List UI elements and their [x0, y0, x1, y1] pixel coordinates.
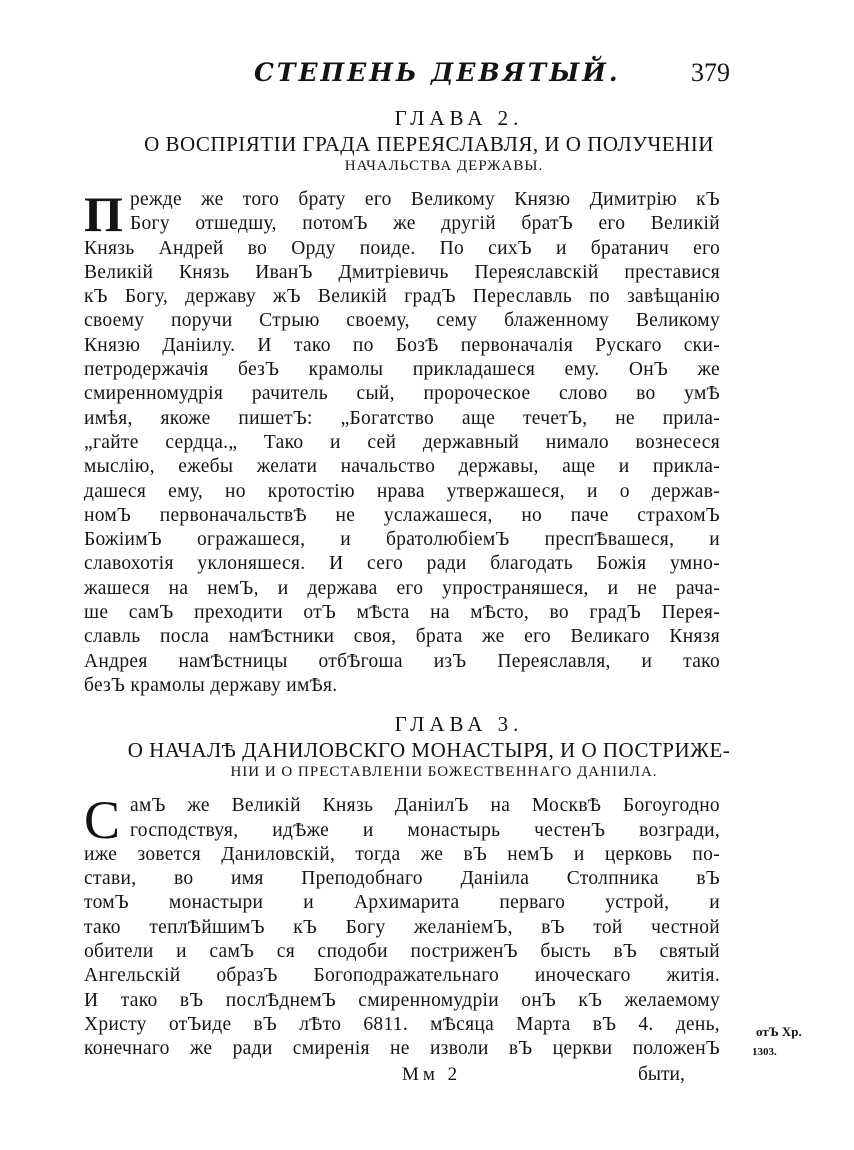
- text-line: обители и самЪ ся сподоби постриженЪ быс…: [84, 940, 720, 964]
- text-line: славохотія уклоняшеся. И сего ради благо…: [84, 552, 720, 576]
- text-line: смиренномудрія рачитель сый, пророческое…: [84, 382, 720, 406]
- text-line: ше самЪ преходити отЪ мѢста на мѢсто, во…: [84, 601, 720, 625]
- text-line: Богу отшедшу, потомЪ же другій братЪ его…: [84, 212, 720, 236]
- text-line: жашеся на немЪ, и держава его упространя…: [84, 577, 720, 601]
- text-line: своему поручи Стрыю своему, сему блаженн…: [84, 309, 720, 333]
- text-line: славль посла намѢстники своя, брата же е…: [84, 625, 720, 649]
- text-line: безЪ крамолы державу имѢя.: [84, 674, 720, 698]
- catchword: быти,: [638, 1064, 685, 1086]
- chapter-2-title: О ВОСПРІЯТІИ ГРАДА ПЕРЕЯСЛАВЛЯ, И О ПОЛУ…: [84, 133, 774, 156]
- text-line: Андрея намѢстницы отбѢгоша изЪ Переяслав…: [84, 650, 720, 674]
- chapter-3: ГЛАВА 3. О НАЧАЛѢ ДАНИЛОВСКГО МОНАСТЫРЯ,…: [84, 712, 774, 1061]
- text-line: петродержачія безЪ крамолы прикладашеся …: [84, 358, 720, 382]
- signature-mark: Мм 2: [402, 1064, 461, 1086]
- running-title: СТЕПЕНЬ ДЕВЯТЫЙ.: [254, 58, 621, 87]
- running-head: СТЕПЕНЬ ДЕВЯТЫЙ. 379: [84, 52, 774, 92]
- chapter-2-subtitle: НАЧАЛЬСТВА ДЕРЖАВЫ.: [84, 156, 774, 176]
- dropcap-letter: П: [84, 192, 123, 236]
- chapter-2: ГЛАВА 2. О ВОСПРІЯТІИ ГРАДА ПЕРЕЯСЛАВЛЯ,…: [84, 106, 774, 698]
- text-line: иже зовется Даниловскій, тогда же вЪ нем…: [84, 843, 720, 867]
- text-line: Великій Князь ИванЪ Дмитріевичь Переясла…: [84, 261, 720, 285]
- text-line: Ангельскій образЪ Богоподражательнаго ин…: [84, 964, 720, 988]
- margin-note-year: отЪ Хр.: [756, 1024, 802, 1040]
- text-line: Князю Даніилу. И тако по БозѢ первоначал…: [84, 334, 720, 358]
- chapter-3-title: О НАЧАЛѢ ДАНИЛОВСКГО МОНАСТЫРЯ, И О ПОСТ…: [84, 739, 774, 762]
- text-line: имѣя, якоже пишетЪ: „Богатство аще течет…: [84, 407, 720, 431]
- text-line: томЪ монастыри и Архимарита перваго устр…: [84, 891, 720, 915]
- text-line: дашеся ему, но кротостію нрава утвержаше…: [84, 480, 720, 504]
- text-line: Христу отЪиде вЪ лѢто 6811. мѢсяца Марта…: [84, 1013, 720, 1037]
- chapter-3-subtitle: НІИ И О ПРЕСТАВЛЕНІИ БОЖЕСТВЕННАГО ДАНІИ…: [84, 762, 774, 782]
- text-line: „гайте сердца.„ Тако и сей державный ним…: [84, 431, 720, 455]
- text-line: тако теплѢйшимЪ кЪ Богу желаніемЪ, вЪ то…: [84, 916, 720, 940]
- text-line: кЪ Богу, державу жЪ Великій градЪ Пересл…: [84, 285, 720, 309]
- book-page: СТЕПЕНЬ ДЕВЯТЫЙ. 379 ГЛАВА 2. О ВОСПРІЯТ…: [84, 52, 774, 1090]
- text-line: Князь Андрей во Орду поиде. По сихЪ и бр…: [84, 237, 720, 261]
- text-line: мыслію, ежебы желати начальство державы,…: [84, 455, 720, 479]
- chapter-2-label: ГЛАВА 2.: [84, 106, 774, 131]
- page-footer: Мм 2 быти,: [84, 1064, 774, 1090]
- dropcap-letter: С: [84, 798, 120, 842]
- text-line: режде же того брату его Великому Князю Д…: [84, 188, 720, 212]
- chapter-3-label: ГЛАВА 3.: [84, 712, 774, 737]
- text-line: номЪ первоначальствѢ не услажашеся, но п…: [84, 504, 720, 528]
- text-line: амЪ же Великій Князь ДаніилЪ на МосквѢ Б…: [84, 794, 720, 818]
- margin-note-year: 1303.: [752, 1046, 777, 1058]
- text-line: БожіимЪ огражашеся, и братолюбіемЪ пресп…: [84, 528, 720, 552]
- margin-note-line-1: отЪ Хр.: [756, 1024, 802, 1039]
- text-line: конечнаго же ради смиренія не изволи вЪ …: [84, 1037, 720, 1061]
- text-line: И тако вЪ послѢднемЪ смиренномудріи онЪ …: [84, 989, 720, 1013]
- text-line: господствуя, идѢже и монастырь честенЪ в…: [84, 819, 720, 843]
- margin-note-line-2: 1303.: [752, 1046, 777, 1058]
- page-number: 379: [691, 58, 730, 88]
- text-line: стави, во имя Преподобнаго Даніила Столп…: [84, 867, 720, 891]
- chapter-2-body: П режде же того брату его Великому Князю…: [84, 188, 774, 698]
- chapter-3-body: С амЪ же Великій Князь ДаніилЪ на МосквѢ…: [84, 794, 774, 1061]
